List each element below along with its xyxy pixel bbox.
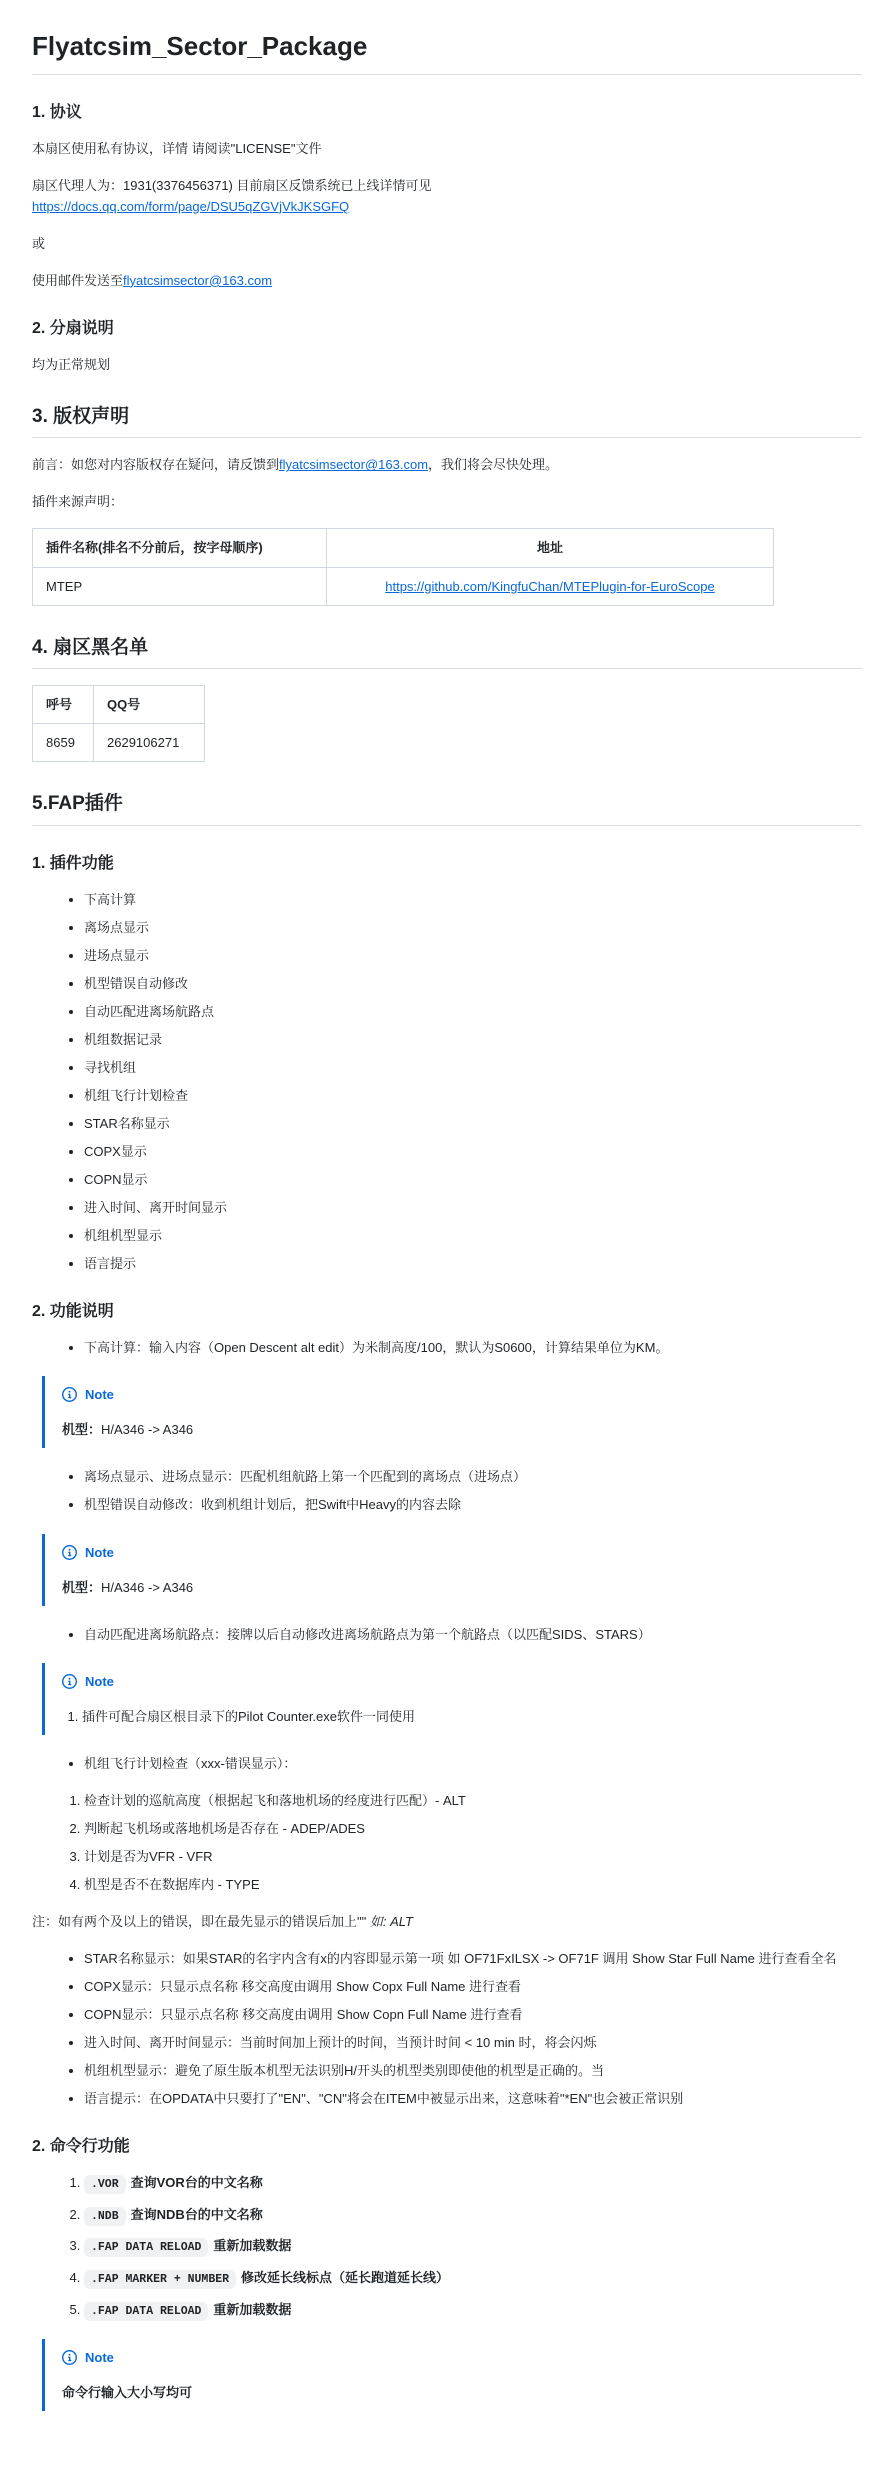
agreement-agent-paragraph: 扇区代理人为：1931(3376456371) 目前扇区反馈系统已上线详情可见 …	[32, 175, 862, 217]
command-item: .FAP MARKER + NUMBER修改延长线标点（延长跑道延长线）	[84, 2267, 862, 2290]
list-item: 机组数据记录	[84, 1029, 862, 1050]
info-icon	[62, 1545, 77, 1560]
command-desc: 修改延长线标点（延长跑道延长线）	[241, 2270, 449, 2285]
list-item: 语言提示	[84, 1253, 862, 1274]
info-icon	[62, 1674, 77, 1689]
heading-fap-features: 1. 插件功能	[32, 854, 862, 875]
agreement-agent-text: 扇区代理人为：1931(3376456371) 目前扇区反馈系统已上线详情可见	[32, 178, 432, 193]
list-item: STAR名称显示：如果STAR的名字内含有x的内容即显示第一项 如 OF71Fx…	[84, 1948, 862, 1969]
info-icon	[62, 1387, 77, 1402]
note-title: Note	[85, 2347, 114, 2368]
list-item: 机组飞行计划检查（xxx-错误显示）：	[84, 1753, 862, 1774]
list-item: 进入时间、离开时间显示：当前时间加上预计的时间，当预计时间 < 10 min 时…	[84, 2032, 862, 2053]
list-item: 下高计算	[84, 889, 862, 910]
list-item: 语言提示：在OPDATA中只要打了"EN"、"CN"将会在ITEM中被显示出来，…	[84, 2088, 862, 2109]
list-item: COPX显示：只显示点名称 移交高度由调用 Show Copx Full Nam…	[84, 1976, 862, 1997]
blacklist-table: 呼号 QQ号 8659 2629106271	[32, 685, 205, 762]
heading-fap-commands: 2. 命令行功能	[32, 2137, 862, 2158]
heading-split: 2. 分扇说明	[32, 319, 862, 340]
feature-list: 下高计算 离场点显示 进场点显示 机型错误自动修改 自动匹配进离场航路点 机组数…	[32, 889, 862, 1275]
agreement-license-text: 本扇区使用私有协议，详情 请阅读"LICENSE"文件	[32, 138, 862, 159]
note-body: 命令行输入大小写均可	[62, 2382, 862, 2403]
copyright-preface-prefix: 前言：如您对内容版权存在疑问，请反馈到	[32, 457, 279, 472]
list-item: 下高计算：输入内容（Open Descent alt edit）为米制高度/10…	[84, 1337, 862, 1358]
split-text: 均为正常规划	[32, 354, 862, 375]
list-item: COPX显示	[84, 1141, 862, 1162]
list-item: 进入时间、离开时间显示	[84, 1197, 862, 1218]
command-desc: 重新加载数据	[213, 2302, 291, 2317]
note-label: Note	[62, 1384, 862, 1405]
note-label: Note	[62, 1671, 862, 1692]
plugin-name-cell: MTEP	[33, 567, 327, 605]
heading-copyright: 3. 版权声明	[32, 405, 862, 439]
info-icon	[62, 2350, 77, 2365]
agreement-mail-prefix: 使用邮件发送至	[32, 273, 123, 288]
note-callout: Note 命令行输入大小写均可	[42, 2339, 862, 2411]
document-page: Flyatcsim_Sector_Package 1. 协议 本扇区使用私有协议…	[0, 0, 894, 2485]
list-item: COPN显示：只显示点名称 移交高度由调用 Show Copn Full Nam…	[84, 2004, 862, 2025]
copyright-preface: 前言：如您对内容版权存在疑问，请反馈到flyatcsimsector@163.c…	[32, 454, 862, 475]
heading-blacklist: 4. 扇区黑名单	[32, 636, 862, 670]
plugin-github-link[interactable]: https://github.com/KingfuChan/MTEPlugin-…	[385, 579, 715, 594]
list-item: 检查计划的巡航高度（根据起飞和落地机场的经度进行匹配）- ALT	[84, 1790, 862, 1811]
agreement-or-text: 或	[32, 233, 862, 254]
page-title: Flyatcsim_Sector_Package	[32, 30, 862, 75]
qq-header: QQ号	[94, 686, 205, 724]
list-item: 机组机型显示：避免了原生版本机型无法识别H/开头的机型类别即使他的机型是正确的。…	[84, 2060, 862, 2081]
command-desc: 重新加载数据	[213, 2238, 291, 2253]
command-desc: 查询VOR台的中文名称	[131, 2175, 263, 2190]
command-code: .FAP DATA RELOAD	[84, 2238, 208, 2257]
heading-fap-descriptions: 2. 功能说明	[32, 1302, 862, 1323]
command-item: .NDB查询NDB台的中文名称	[84, 2204, 862, 2227]
command-code: .NDB	[84, 2207, 126, 2226]
flightplan-check-list: 检查计划的巡航高度（根据起飞和落地机场的经度进行匹配）- ALT 判断起飞机场或…	[32, 1790, 862, 1895]
note-title: Note	[85, 1671, 114, 1692]
description-list: 离场点显示、进场点显示：匹配机组航路上第一个匹配到的离场点（进场点） 机型错误自…	[32, 1466, 862, 1515]
note-value: 命令行输入大小写均可	[62, 2385, 192, 2400]
note-value: H/A346 -> A346	[101, 1580, 193, 1595]
list-item: 判断起飞机场或落地机场是否存在 - ADEP/ADES	[84, 1818, 862, 1839]
qq-cell: 2629106271	[94, 724, 205, 762]
callsign-cell: 8659	[33, 724, 94, 762]
note-title: Note	[85, 1542, 114, 1563]
note-callout: Note 机型：H/A346 -> A346	[42, 1534, 862, 1606]
description-list: 机组飞行计划检查（xxx-错误显示）：	[32, 1753, 862, 1774]
note-label: Note	[62, 1542, 862, 1563]
command-code: .FAP DATA RELOAD	[84, 2302, 208, 2321]
list-item: 离场点显示、进场点显示：匹配机组航路上第一个匹配到的离场点（进场点）	[84, 1466, 862, 1487]
feedback-form-link[interactable]: https://docs.qq.com/form/page/DSU5qZGVjV…	[32, 199, 349, 214]
list-item: 机组飞行计划检查	[84, 1085, 862, 1106]
command-desc: 查询NDB台的中文名称	[131, 2207, 263, 2222]
plugin-source-statement: 插件来源声明：	[32, 491, 862, 512]
list-item: 机型错误自动修改：收到机组计划后，把Swift中Heavy的内容去除	[84, 1494, 862, 1515]
note-term: 机型：	[62, 1422, 101, 1437]
list-item: COPN显示	[84, 1169, 862, 1190]
list-item: 寻找机组	[84, 1057, 862, 1078]
command-item: .FAP DATA RELOAD重新加载数据	[84, 2299, 862, 2322]
callsign-header: 呼号	[33, 686, 94, 724]
heading-agreement: 1. 协议	[32, 103, 862, 124]
plugin-source-table: 插件名称(排名不分前后，按字母顺序) 地址 MTEP https://githu…	[32, 528, 774, 605]
error-remark-text: 注：如有两个及以上的错误，即在最先显示的错误后加上""	[32, 1914, 370, 1929]
heading-fap: 5.FAP插件	[32, 792, 862, 826]
description-list: 下高计算：输入内容（Open Descent alt edit）为米制高度/10…	[32, 1337, 862, 1358]
note-value: H/A346 -> A346	[101, 1422, 193, 1437]
plugin-address-header: 地址	[327, 529, 774, 567]
note-title: Note	[85, 1384, 114, 1405]
note-ordered-list: 插件可配合扇区根目录下的Pilot Counter.exe软件一同使用	[62, 1706, 862, 1727]
list-item: STAR名称显示	[84, 1113, 862, 1134]
email-link[interactable]: flyatcsimsector@163.com	[123, 273, 272, 288]
table-row: 8659 2629106271	[33, 724, 205, 762]
list-item: 计划是否为VFR - VFR	[84, 1846, 862, 1867]
description-list: STAR名称显示：如果STAR的名字内含有x的内容即显示第一项 如 OF71Fx…	[32, 1948, 862, 2109]
error-remark: 注：如有两个及以上的错误，即在最先显示的错误后加上"" 如: ALT	[32, 1911, 862, 1932]
note-callout: Note 插件可配合扇区根目录下的Pilot Counter.exe软件一同使用	[42, 1663, 862, 1735]
list-item: 插件可配合扇区根目录下的Pilot Counter.exe软件一同使用	[82, 1706, 862, 1727]
list-item: 离场点显示	[84, 917, 862, 938]
command-code: .FAP MARKER + NUMBER	[84, 2270, 236, 2289]
command-code: .VOR	[84, 2175, 126, 2194]
table-header-row: 插件名称(排名不分前后，按字母顺序) 地址	[33, 529, 774, 567]
table-header-row: 呼号 QQ号	[33, 686, 205, 724]
description-list: 自动匹配进离场航路点：接牌以后自动修改进离场航路点为第一个航路点（以匹配SIDS…	[32, 1624, 862, 1645]
note-label: Note	[62, 2347, 862, 2368]
note-body: 机型：H/A346 -> A346	[62, 1419, 862, 1440]
command-list: .VOR查询VOR台的中文名称 .NDB查询NDB台的中文名称 .FAP DAT…	[32, 2172, 862, 2321]
plugin-name-header: 插件名称(排名不分前后，按字母顺序)	[33, 529, 327, 567]
command-item: .VOR查询VOR台的中文名称	[84, 2172, 862, 2195]
copyright-email-link[interactable]: flyatcsimsector@163.com	[279, 457, 428, 472]
list-item: 机组机型显示	[84, 1225, 862, 1246]
list-item: 机型错误自动修改	[84, 973, 862, 994]
list-item: 自动匹配进离场航路点	[84, 1001, 862, 1022]
table-row: MTEP https://github.com/KingfuChan/MTEPl…	[33, 567, 774, 605]
error-remark-example: 如: ALT	[370, 1914, 413, 1929]
note-callout: Note 机型：H/A346 -> A346	[42, 1376, 862, 1448]
note-term: 机型：	[62, 1580, 101, 1595]
command-item: .FAP DATA RELOAD重新加载数据	[84, 2235, 862, 2258]
list-item: 机型是否不在数据库内 - TYPE	[84, 1874, 862, 1895]
note-body: 机型：H/A346 -> A346	[62, 1577, 862, 1598]
list-item: 进场点显示	[84, 945, 862, 966]
list-item: 自动匹配进离场航路点：接牌以后自动修改进离场航路点为第一个航路点（以匹配SIDS…	[84, 1624, 862, 1645]
agreement-mail-paragraph: 使用邮件发送至flyatcsimsector@163.com	[32, 270, 862, 291]
copyright-preface-suffix: ，我们将会尽快处理。	[428, 457, 558, 472]
